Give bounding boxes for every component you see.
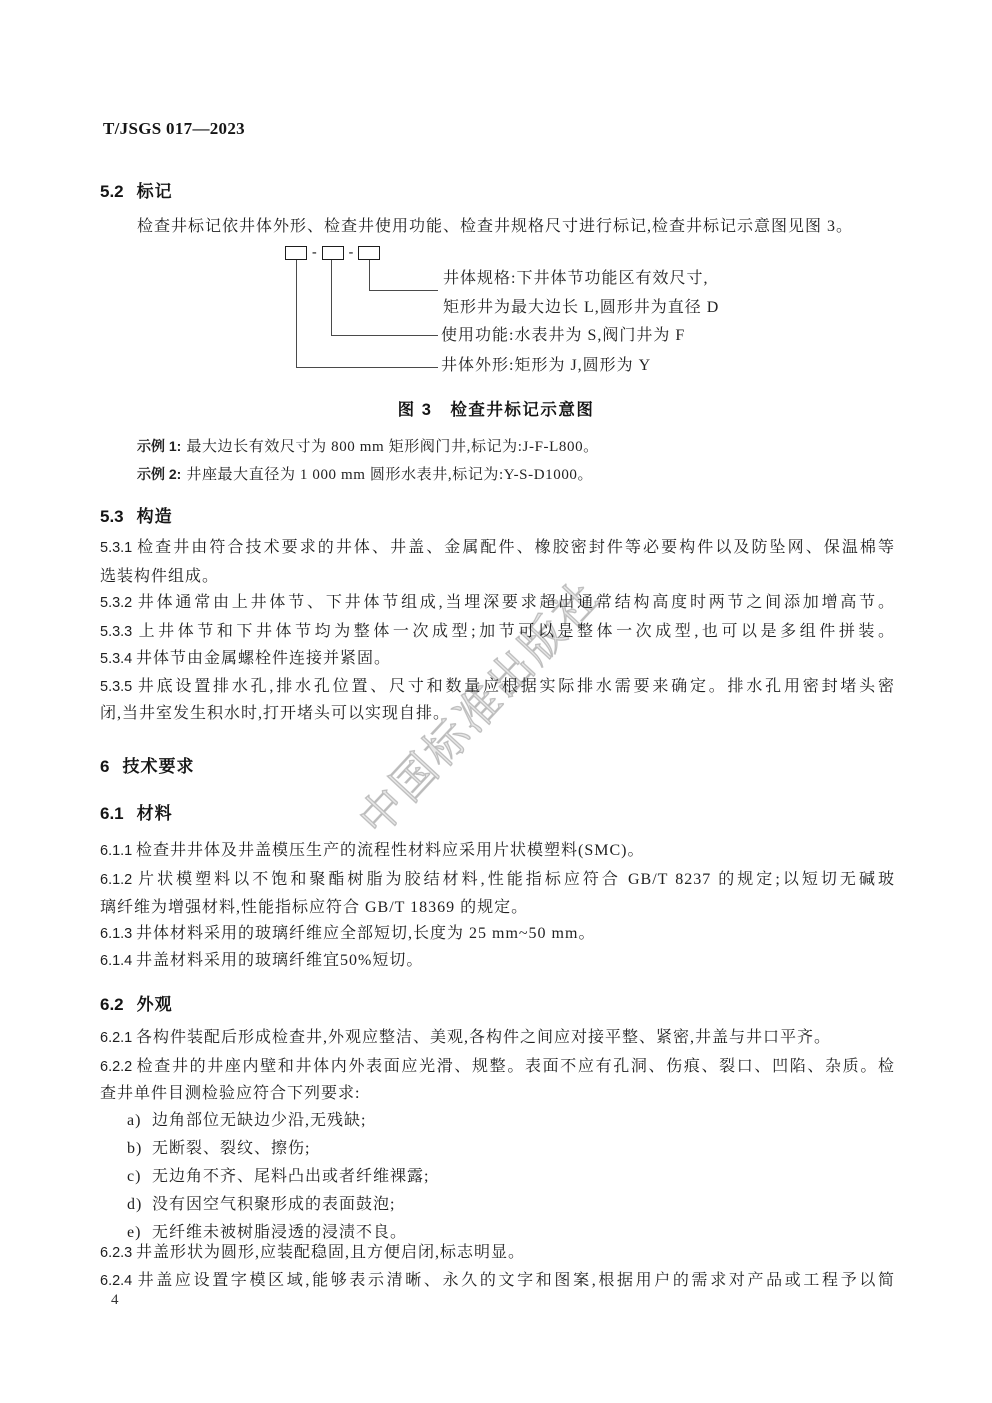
heading-5-3: 5.3构造 — [100, 502, 173, 526]
clause-number: 5.3.3 — [100, 621, 136, 643]
clause-text: 上井体节和下井体节均为整体一次成型;加节可以是整体一次成型,也可以是多组件拼装。 — [136, 623, 895, 640]
list-item-b: b)无断裂、裂纹、擦伤; — [127, 1138, 310, 1162]
list-item-text: 边角部位无缺边少沿,无残缺; — [152, 1112, 366, 1129]
hyphen-separator: - — [349, 247, 354, 259]
heading-number: 6.1 — [100, 804, 124, 823]
heading-title: 构造 — [137, 507, 173, 526]
clause-text: 井体节由金属螺栓件连接并紧固。 — [136, 650, 391, 667]
clause-5-3-5-cont: 闭,当井室发生积水时,打开堵头可以实现自排。 — [100, 703, 450, 727]
clause-6-2-1: 6.2.1各构件装配后形成检查井,外观应整洁、美观,各构件之间应对接平整、紧密,… — [100, 1027, 831, 1051]
clause-6-2-2-cont: 查井单件目测检验应符合下列要求: — [100, 1083, 360, 1107]
list-item-label: d) — [127, 1194, 152, 1216]
clause-number: 6.1.2 — [100, 869, 136, 891]
clause-5-3-5: 5.3.5井底设置排水孔,排水孔位置、尺寸和数量应根据实际排水需要来确定。排水孔… — [100, 676, 895, 700]
example-2: 示例 2:井座最大直径为 1 000 mm 圆形水表井,标记为:Y-S-D100… — [137, 463, 593, 485]
example-1: 示例 1:最大边长有效尺寸为 800 mm 矩形阀门井,标记为:J-F-L800… — [137, 435, 599, 457]
clause-5-3-4: 5.3.4井体节由金属螺栓件连接并紧固。 — [100, 648, 391, 672]
list-item-text: 无断裂、裂纹、擦伤; — [152, 1140, 310, 1157]
clause-number: 6.1.3 — [100, 923, 136, 945]
clause-text: 井底设置排水孔,排水孔位置、尺寸和数量应根据实际排水需要来确定。排水孔用密封堵头… — [136, 678, 895, 695]
list-item-label: b) — [127, 1138, 152, 1160]
list-item-text: 无纤维未被树脂浸透的浸渍不良。 — [152, 1224, 407, 1241]
example-1-text: 最大边长有效尺寸为 800 mm 矩形阀门井,标记为:J-F-L800。 — [186, 439, 598, 455]
clause-5-3-1-cont: 选装构件组成。 — [100, 566, 219, 590]
heading-6-1: 6.1材料 — [100, 799, 173, 823]
list-item-text: 没有因空气积聚形成的表面鼓泡; — [152, 1196, 395, 1213]
figure3-label-shape: 井体外形:矩形为 J,圆形为 Y — [441, 356, 651, 376]
clause-number: 5.3.4 — [100, 648, 136, 670]
clause-6-2-3: 6.2.3井盖形状为圆形,应装配稳固,且方便启闭,标志明显。 — [100, 1242, 525, 1266]
clause-text: 片状模塑料以不饱和聚酯树脂为胶结材料,性能指标应符合 GB/T 8237 的规定… — [136, 871, 895, 888]
clause-number: 6.1.1 — [100, 840, 136, 862]
clause-text: 井体通常由上井体节、下井体节组成,当埋深要求超出通常结构高度时两节之间添加增高节… — [136, 594, 895, 611]
clause-6-1-1: 6.1.1检查井井体及井盖模压生产的流程性材料应采用片状模塑料(SMC)。 — [100, 840, 644, 864]
doc-number: T/JSGS 017—2023 — [103, 119, 245, 139]
list-item-c: c)无边角不齐、尾料凸出或者纤维裸露; — [127, 1166, 429, 1190]
standard-document-page: 中国标准出版社 T/JSGS 017—2023 5.2标记 检查井标记依井体外形… — [0, 0, 992, 1403]
clause-5-3-1: 5.3.1检查井由符合技术要求的井体、井盖、金属配件、橡胶密封件等必要构件以及防… — [100, 537, 895, 561]
heading-number: 6.2 — [100, 995, 124, 1014]
heading-title: 材料 — [137, 804, 173, 823]
clause-text: 检查井井体及井盖模压生产的流程性材料应采用片状模塑料(SMC)。 — [136, 842, 644, 859]
clause-6-2-4: 6.2.4井盖应设置字模区域,能够表示清晰、永久的文字和图案,根据用户的需求对产… — [100, 1270, 895, 1294]
heading-number: 6 — [100, 757, 109, 776]
figure3-caption: 图 3 检查井标记示意图 — [0, 396, 992, 420]
clause-text: 井盖应设置字模区域,能够表示清晰、永久的文字和图案,根据用户的需求对产品或工程予… — [136, 1272, 895, 1289]
hyphen-separator: - — [312, 247, 317, 259]
page-number: 4 — [111, 1292, 119, 1309]
figure3-label-spec-line2: 矩形井为最大边长 L,圆形井为直径 D — [443, 298, 719, 318]
list-item-text: 无边角不齐、尾料凸出或者纤维裸露; — [152, 1168, 429, 1185]
heading-title: 标记 — [137, 182, 173, 201]
example-2-text: 井座最大直径为 1 000 mm 圆形水表井,标记为:Y-S-D1000。 — [186, 467, 593, 483]
list-item-label: e) — [127, 1222, 152, 1244]
paragraph-5-2-intro: 检查井标记依井体外形、检查井使用功能、检查井规格尺寸进行标记,检查井标记示意图见… — [100, 216, 853, 240]
clause-number: 6.2.2 — [100, 1056, 136, 1078]
list-item-a: a)边角部位无缺边少沿,无残缺; — [127, 1110, 366, 1134]
clause-6-1-4: 6.1.4井盖材料采用的玻璃纤维宜50%短切。 — [100, 950, 423, 974]
clause-number: 6.2.1 — [100, 1027, 136, 1049]
clause-5-3-3: 5.3.3上井体节和下井体节均为整体一次成型;加节可以是整体一次成型,也可以是多… — [100, 621, 895, 645]
example-1-label: 示例 1: — [137, 438, 181, 454]
list-item-d: d)没有因空气积聚形成的表面鼓泡; — [127, 1194, 395, 1218]
heading-title: 技术要求 — [122, 757, 194, 776]
heading-6: 6技术要求 — [100, 752, 194, 776]
clause-text: 各构件装配后形成检查井,外观应整洁、美观,各构件之间应对接平整、紧密,井盖与井口… — [136, 1029, 831, 1046]
marking-box-function — [322, 246, 344, 260]
clause-number: 5.3.2 — [100, 592, 136, 614]
clause-text: 井盖形状为圆形,应装配稳固,且方便启闭,标志明显。 — [136, 1244, 525, 1261]
connector-line-spec — [369, 260, 438, 291]
clause-6-1-3: 6.1.3井体材料采用的玻璃纤维应全部短切,长度为 25 mm~50 mm。 — [100, 923, 595, 947]
marking-format-boxes: - - — [285, 246, 380, 260]
clause-5-3-2: 5.3.2井体通常由上井体节、下井体节组成,当埋深要求超出通常结构高度时两节之间… — [100, 592, 895, 616]
heading-6-2: 6.2外观 — [100, 990, 173, 1014]
marking-box-spec — [358, 246, 380, 260]
heading-number: 5.2 — [100, 182, 124, 201]
list-item-label: a) — [127, 1110, 152, 1132]
heading-title: 外观 — [137, 995, 173, 1014]
list-item-label: c) — [127, 1166, 152, 1188]
clause-number: 6.2.3 — [100, 1242, 136, 1264]
clause-text: 检查井的井座内壁和井体内外表面应光滑、规整。表面不应有孔洞、伤痕、裂口、凹陷、杂… — [136, 1058, 895, 1075]
clause-6-1-2: 6.1.2片状模塑料以不饱和聚酯树脂为胶结材料,性能指标应符合 GB/T 823… — [100, 869, 895, 893]
clause-number: 5.3.5 — [100, 676, 136, 698]
clause-text: 检查井由符合技术要求的井体、井盖、金属配件、橡胶密封件等必要构件以及防坠网、保温… — [136, 539, 895, 556]
clause-number: 5.3.1 — [100, 537, 136, 559]
clause-6-1-2-cont: 璃纤维为增强材料,性能指标应符合 GB/T 18369 的规定。 — [100, 897, 528, 921]
example-2-label: 示例 2: — [137, 466, 181, 482]
heading-number: 5.3 — [100, 507, 124, 526]
figure3-label-function: 使用功能:水表井为 S,阀门井为 F — [441, 326, 685, 346]
marking-box-shape — [285, 246, 307, 260]
clause-text: 井体材料采用的玻璃纤维应全部短切,长度为 25 mm~50 mm。 — [136, 925, 595, 942]
clause-number: 6.2.4 — [100, 1270, 136, 1292]
clause-number: 6.1.4 — [100, 950, 136, 972]
clause-6-2-2: 6.2.2检查井的井座内壁和井体内外表面应光滑、规整。表面不应有孔洞、伤痕、裂口… — [100, 1056, 895, 1080]
figure3-label-spec-line1: 井体规格:下井体节功能区有效尺寸, — [443, 269, 708, 289]
clause-text: 井盖材料采用的玻璃纤维宜50%短切。 — [136, 952, 423, 969]
heading-5-2: 5.2标记 — [100, 177, 173, 201]
